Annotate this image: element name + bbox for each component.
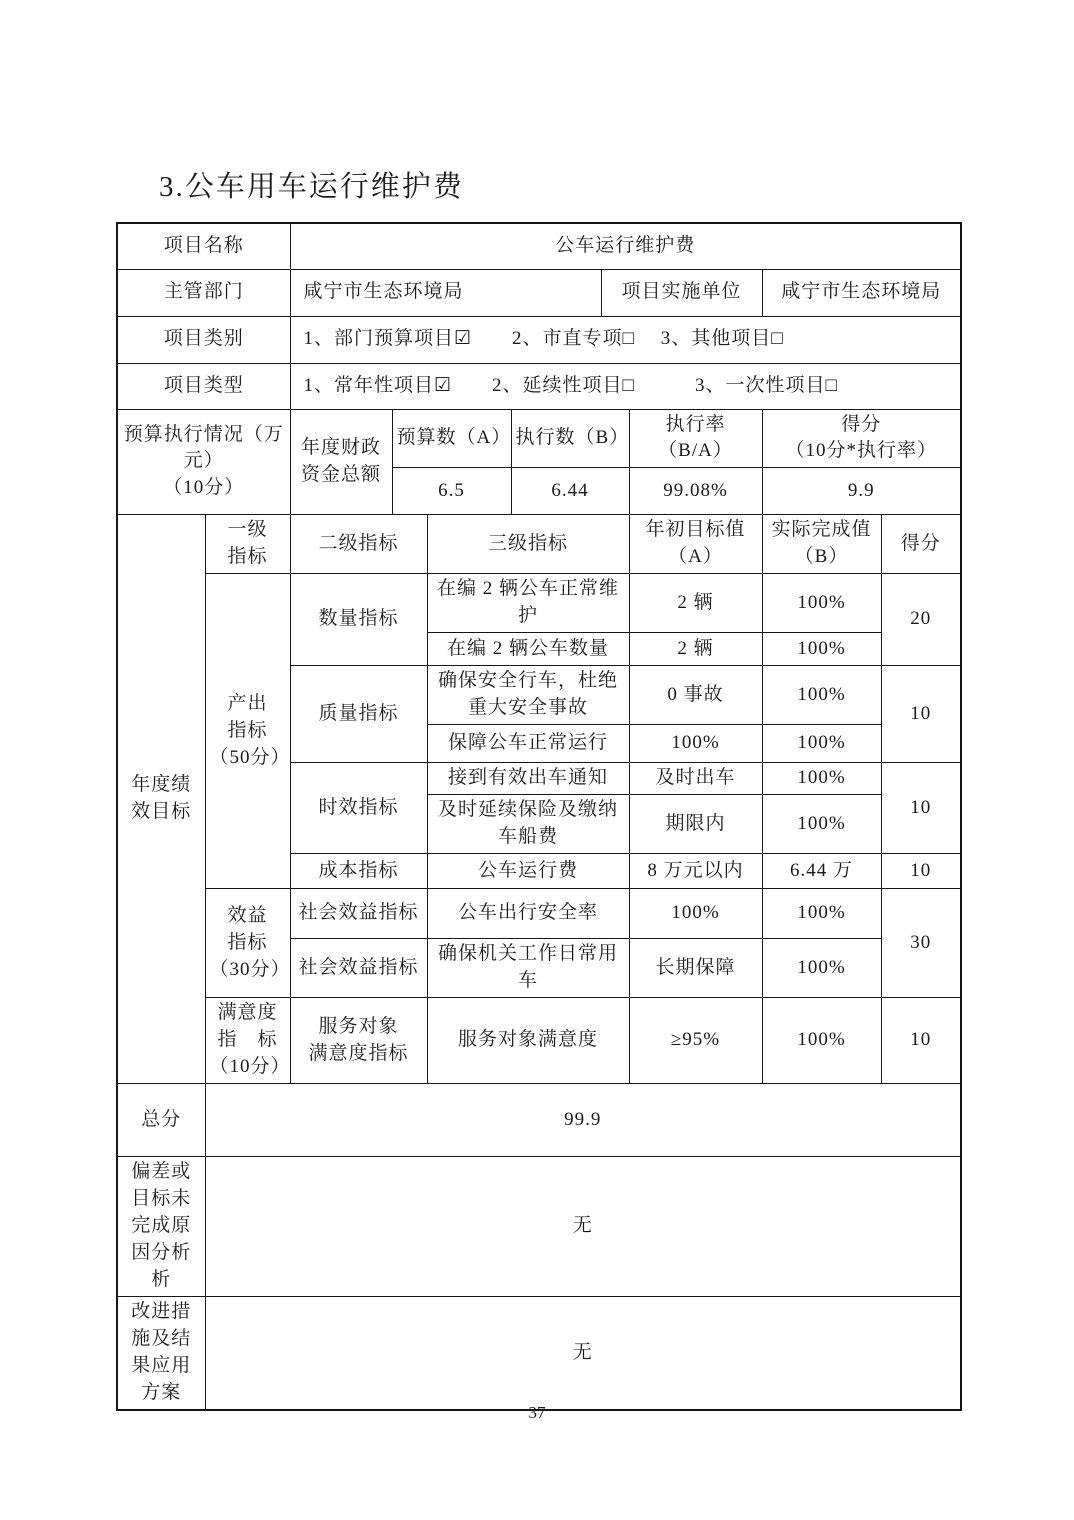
actual-value: 100% xyxy=(762,574,881,633)
level3-indicator: 公车运行费 xyxy=(427,854,629,889)
table-row: 产出 指标 （50分） 数量指标 在编 2 辆公车正常维护 2 辆 100% 2… xyxy=(117,574,961,633)
level3-indicator: 及时延续保险及缴纳车船费 xyxy=(427,795,629,854)
level2-indicator: 社会效益指标 xyxy=(290,939,427,998)
department-label: 主管部门 xyxy=(117,269,290,316)
project-name-value: 公车运行维护费 xyxy=(290,223,961,269)
deviation-analysis-label: 偏差或 目标未 完成原 因分析 析 xyxy=(117,1157,205,1297)
project-type-label: 项目类型 xyxy=(117,363,290,409)
target-value: 100% xyxy=(629,725,762,763)
total-score-value: 99.9 xyxy=(205,1084,961,1157)
execution-rate-header: 执行率（B/A） xyxy=(629,409,762,468)
level3-indicator: 在编 2 辆公车数量 xyxy=(427,633,629,666)
target-value: 8 万元以内 xyxy=(629,854,762,889)
score-value: 20 xyxy=(881,574,961,666)
actual-value: 100% xyxy=(762,763,881,795)
table-row: 偏差或 目标未 完成原 因分析 析 无 xyxy=(117,1157,961,1297)
implement-unit-value: 咸宁市生态环境局 xyxy=(762,269,961,316)
table-row: 预算执行情况（万 元） （10分） 年度财政 资金总额 预算数（A） 执行数（B… xyxy=(117,409,961,468)
table-row: 项目名称 公车运行维护费 xyxy=(117,223,961,269)
target-value: ≥95% xyxy=(629,998,762,1084)
execution-amount-value: 6.44 xyxy=(511,468,629,515)
actual-value: 100% xyxy=(762,939,881,998)
actual-value: 100% xyxy=(762,795,881,854)
table-row: 总分 99.9 xyxy=(117,1084,961,1157)
department-value: 咸宁市生态环境局 xyxy=(290,269,601,316)
level3-indicator: 保障公车正常运行 xyxy=(427,725,629,763)
actual-value: 6.44 万 xyxy=(762,854,881,889)
actual-value: 100% xyxy=(762,889,881,939)
target-value: 2 辆 xyxy=(629,574,762,633)
table-row: 主管部门 咸宁市生态环境局 项目实施单位 咸宁市生态环境局 xyxy=(117,269,961,316)
page-title: 3.公车用车运行维护费 xyxy=(159,164,464,205)
improvement-plan-value: 无 xyxy=(205,1297,961,1410)
table-row: 改进措 施及结 果应用 方案 无 xyxy=(117,1297,961,1410)
score-header: 得分 xyxy=(881,515,961,574)
level2-indicator: 服务对象 满意度指标 xyxy=(290,998,427,1084)
execution-rate-value: 99.08% xyxy=(629,468,762,515)
target-value: 0 事故 xyxy=(629,666,762,725)
table-row: 年度绩 效目标 一级 指标 二级指标 三级指标 年初目标值 （A） 实际完成值 … xyxy=(117,515,961,574)
actual-value: 100% xyxy=(762,725,881,763)
total-score-label: 总分 xyxy=(117,1084,205,1157)
output-indicator-group: 产出 指标 （50分） xyxy=(205,574,290,889)
project-type-options: 1、常年性项目☑ 2、延续性项目□ 3、一次性项目□ xyxy=(290,363,961,409)
score-value: 10 xyxy=(881,854,961,889)
improvement-plan-label: 改进措 施及结 果应用 方案 xyxy=(117,1297,205,1410)
table-row: 项目类别 1、部门预算项目☑ 2、市直专项□ 3、其他项目□ xyxy=(117,316,961,363)
level3-indicator: 确保安全行车，杜绝重大安全事故 xyxy=(427,666,629,725)
satisfaction-indicator-group: 满意度 指 标 （10分） xyxy=(205,998,290,1084)
project-name-label: 项目名称 xyxy=(117,223,290,269)
target-value-header: 年初目标值 （A） xyxy=(629,515,762,574)
score-value: 30 xyxy=(881,889,961,998)
budget-execution-label: 预算执行情况（万 元） （10分） xyxy=(117,409,290,515)
project-category-options: 1、部门预算项目☑ 2、市直专项□ 3、其他项目□ xyxy=(290,316,961,363)
actual-value: 100% xyxy=(762,998,881,1084)
level2-indicator: 时效指标 xyxy=(290,763,427,854)
level2-indicator-header: 二级指标 xyxy=(290,515,427,574)
level2-indicator: 数量指标 xyxy=(290,574,427,666)
actual-value: 100% xyxy=(762,633,881,666)
target-value: 100% xyxy=(629,889,762,939)
actual-value: 100% xyxy=(762,666,881,725)
budget-score-header: 得分 （10分*执行率） xyxy=(762,409,961,468)
table-row: 满意度 指 标 （10分） 服务对象 满意度指标 服务对象满意度 ≥95% 10… xyxy=(117,998,961,1084)
target-value: 及时出车 xyxy=(629,763,762,795)
budget-score-value: 9.9 xyxy=(762,468,961,515)
level3-indicator: 公车出行安全率 xyxy=(427,889,629,939)
execution-amount-header: 执行数（B） xyxy=(511,409,629,468)
target-value: 长期保障 xyxy=(629,939,762,998)
level3-indicator: 在编 2 辆公车正常维护 xyxy=(427,574,629,633)
level3-indicator-header: 三级指标 xyxy=(427,515,629,574)
level1-indicator-header: 一级 指标 xyxy=(205,515,290,574)
score-value: 10 xyxy=(881,998,961,1084)
annual-performance-label: 年度绩 效目标 xyxy=(117,515,205,1084)
score-value: 10 xyxy=(881,763,961,854)
evaluation-table: 项目名称 公车运行维护费 主管部门 咸宁市生态环境局 项目实施单位 咸宁市生态环… xyxy=(116,222,962,1411)
benefit-indicator-group: 效益 指标 （30分） xyxy=(205,889,290,998)
deviation-analysis-value: 无 xyxy=(205,1157,961,1297)
level2-indicator: 社会效益指标 xyxy=(290,889,427,939)
annual-fund-label: 年度财政 资金总额 xyxy=(290,409,392,515)
table-row: 项目类型 1、常年性项目☑ 2、延续性项目□ 3、一次性项目□ xyxy=(117,363,961,409)
level2-indicator: 成本指标 xyxy=(290,854,427,889)
budget-amount-value: 6.5 xyxy=(392,468,511,515)
target-value: 2 辆 xyxy=(629,633,762,666)
budget-amount-header: 预算数（A） xyxy=(392,409,511,468)
level3-indicator: 服务对象满意度 xyxy=(427,998,629,1084)
page-number: 37 xyxy=(0,1403,1074,1423)
project-category-label: 项目类别 xyxy=(117,316,290,363)
score-value: 10 xyxy=(881,666,961,763)
document-page: 3.公车用车运行维护费 项目名称 公车运行维护费 主管部门 咸宁市生态环境局 项… xyxy=(0,0,1074,1520)
implement-unit-label: 项目实施单位 xyxy=(601,269,762,316)
level3-indicator: 确保机关工作日常用车 xyxy=(427,939,629,998)
target-value: 期限内 xyxy=(629,795,762,854)
actual-value-header: 实际完成值 （B） xyxy=(762,515,881,574)
table-row: 效益 指标 （30分） 社会效益指标 公车出行安全率 100% 100% 30 xyxy=(117,889,961,939)
level3-indicator: 接到有效出车通知 xyxy=(427,763,629,795)
level2-indicator: 质量指标 xyxy=(290,666,427,763)
